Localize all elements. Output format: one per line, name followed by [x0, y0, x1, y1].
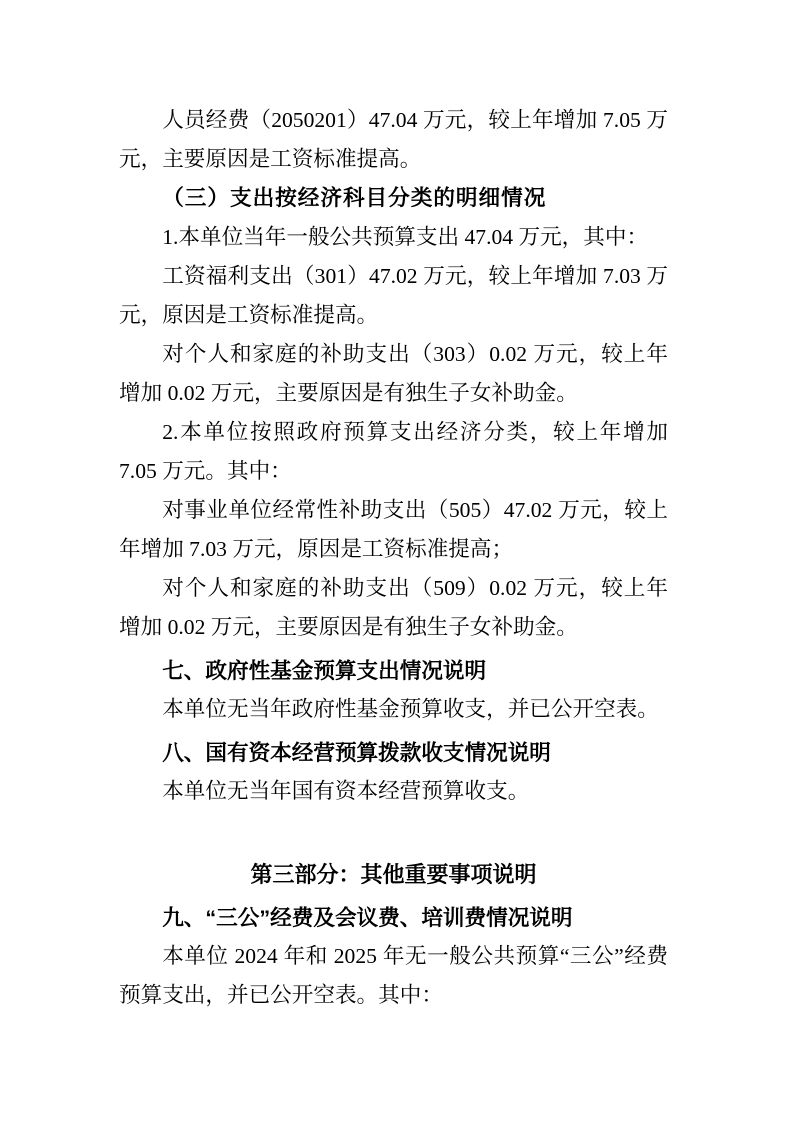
document-page: 人员经费（2050201）47.04 万元，较上年增加 7.05 万元，主要原因… [0, 0, 793, 1122]
para-wage-welfare-301: 工资福利支出（301）47.02 万元，较上年增加 7.03 万元，原因是工资标… [119, 257, 668, 335]
para-institution-regular-subsidy-505: 对事业单位经常性补助支出（505）47.02 万元，较上年增加 7.03 万元，… [119, 491, 668, 569]
para-individual-family-subsidy-303: 对个人和家庭的补助支出（303）0.02 万元，较上年增加 0.02 万元，主要… [119, 335, 668, 413]
heading-three-public-expenses: 九、“三公”经费及会议费、培训费情况说明 [119, 898, 668, 937]
heading-state-capital-budget: 八、国有资本经营预算拨款收支情况说明 [119, 733, 668, 772]
para-three-public-expenses: 本单位 2024 年和 2025 年无一般公共预算“三公”经费预算支出，并已公开… [119, 937, 668, 1015]
para-state-capital-budget: 本单位无当年国有资本经营预算收支。 [119, 772, 668, 811]
para-general-public-budget-expense: 1.本单位当年一般公共预算支出 47.04 万元，其中： [119, 218, 668, 257]
para-personnel-expense: 人员经费（2050201）47.04 万元，较上年增加 7.05 万元，主要原因… [119, 101, 668, 179]
para-individual-family-subsidy-509: 对个人和家庭的补助支出（509）0.02 万元，较上年增加 0.02 万元，主要… [119, 569, 668, 647]
para-gov-fund-budget: 本单位无当年政府性基金预算收支，并已公开空表。 [119, 690, 668, 729]
heading-gov-fund-budget: 七、政府性基金预算支出情况说明 [119, 651, 668, 690]
part-three-title: 第三部分：其他重要事项说明 [119, 855, 668, 894]
document-body: 人员经费（2050201）47.04 万元，较上年增加 7.05 万元，主要原因… [119, 101, 668, 1015]
para-gov-economic-classification: 2.本单位按照政府预算支出经济分类，较上年增加 7.05 万元。其中： [119, 413, 668, 491]
heading-expense-by-economic-category: （三）支出按经济科目分类的明细情况 [119, 179, 668, 218]
